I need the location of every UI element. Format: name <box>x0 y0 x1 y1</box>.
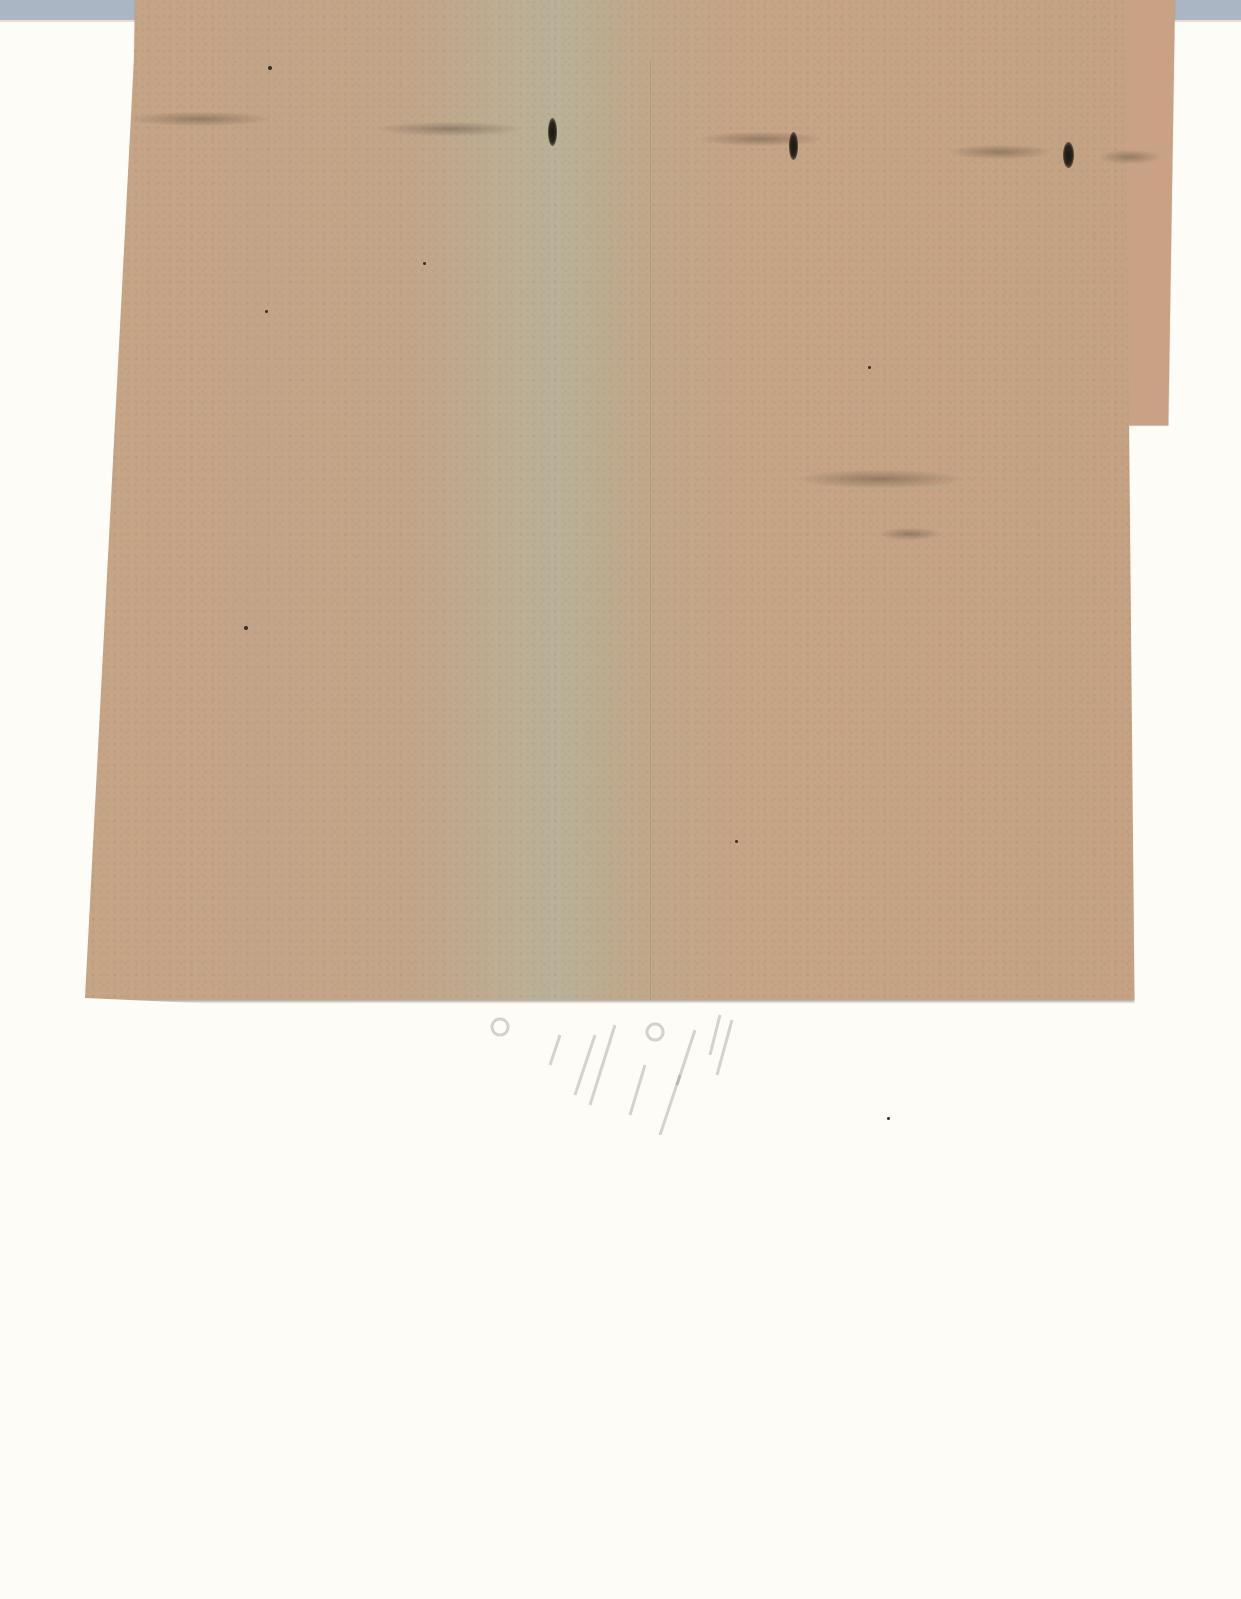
fold-line <box>650 60 651 1000</box>
speck <box>244 626 248 630</box>
ink-smudge <box>950 145 1050 159</box>
ink-smudge <box>800 470 960 488</box>
ink-mark <box>1063 142 1074 168</box>
speck <box>268 66 272 70</box>
ink-mark <box>548 118 557 146</box>
ink-smudge <box>1100 150 1160 164</box>
ink-smudge <box>380 122 520 136</box>
ink-smudge <box>130 112 270 126</box>
speck <box>423 262 426 265</box>
ink-smudge <box>700 132 820 146</box>
ink-smudge <box>880 528 940 540</box>
stamp-marks-icon <box>430 995 750 1135</box>
speck <box>265 310 268 313</box>
ink-mark <box>789 132 798 160</box>
speck <box>868 366 871 369</box>
speck <box>887 1117 890 1120</box>
speck <box>735 840 738 843</box>
